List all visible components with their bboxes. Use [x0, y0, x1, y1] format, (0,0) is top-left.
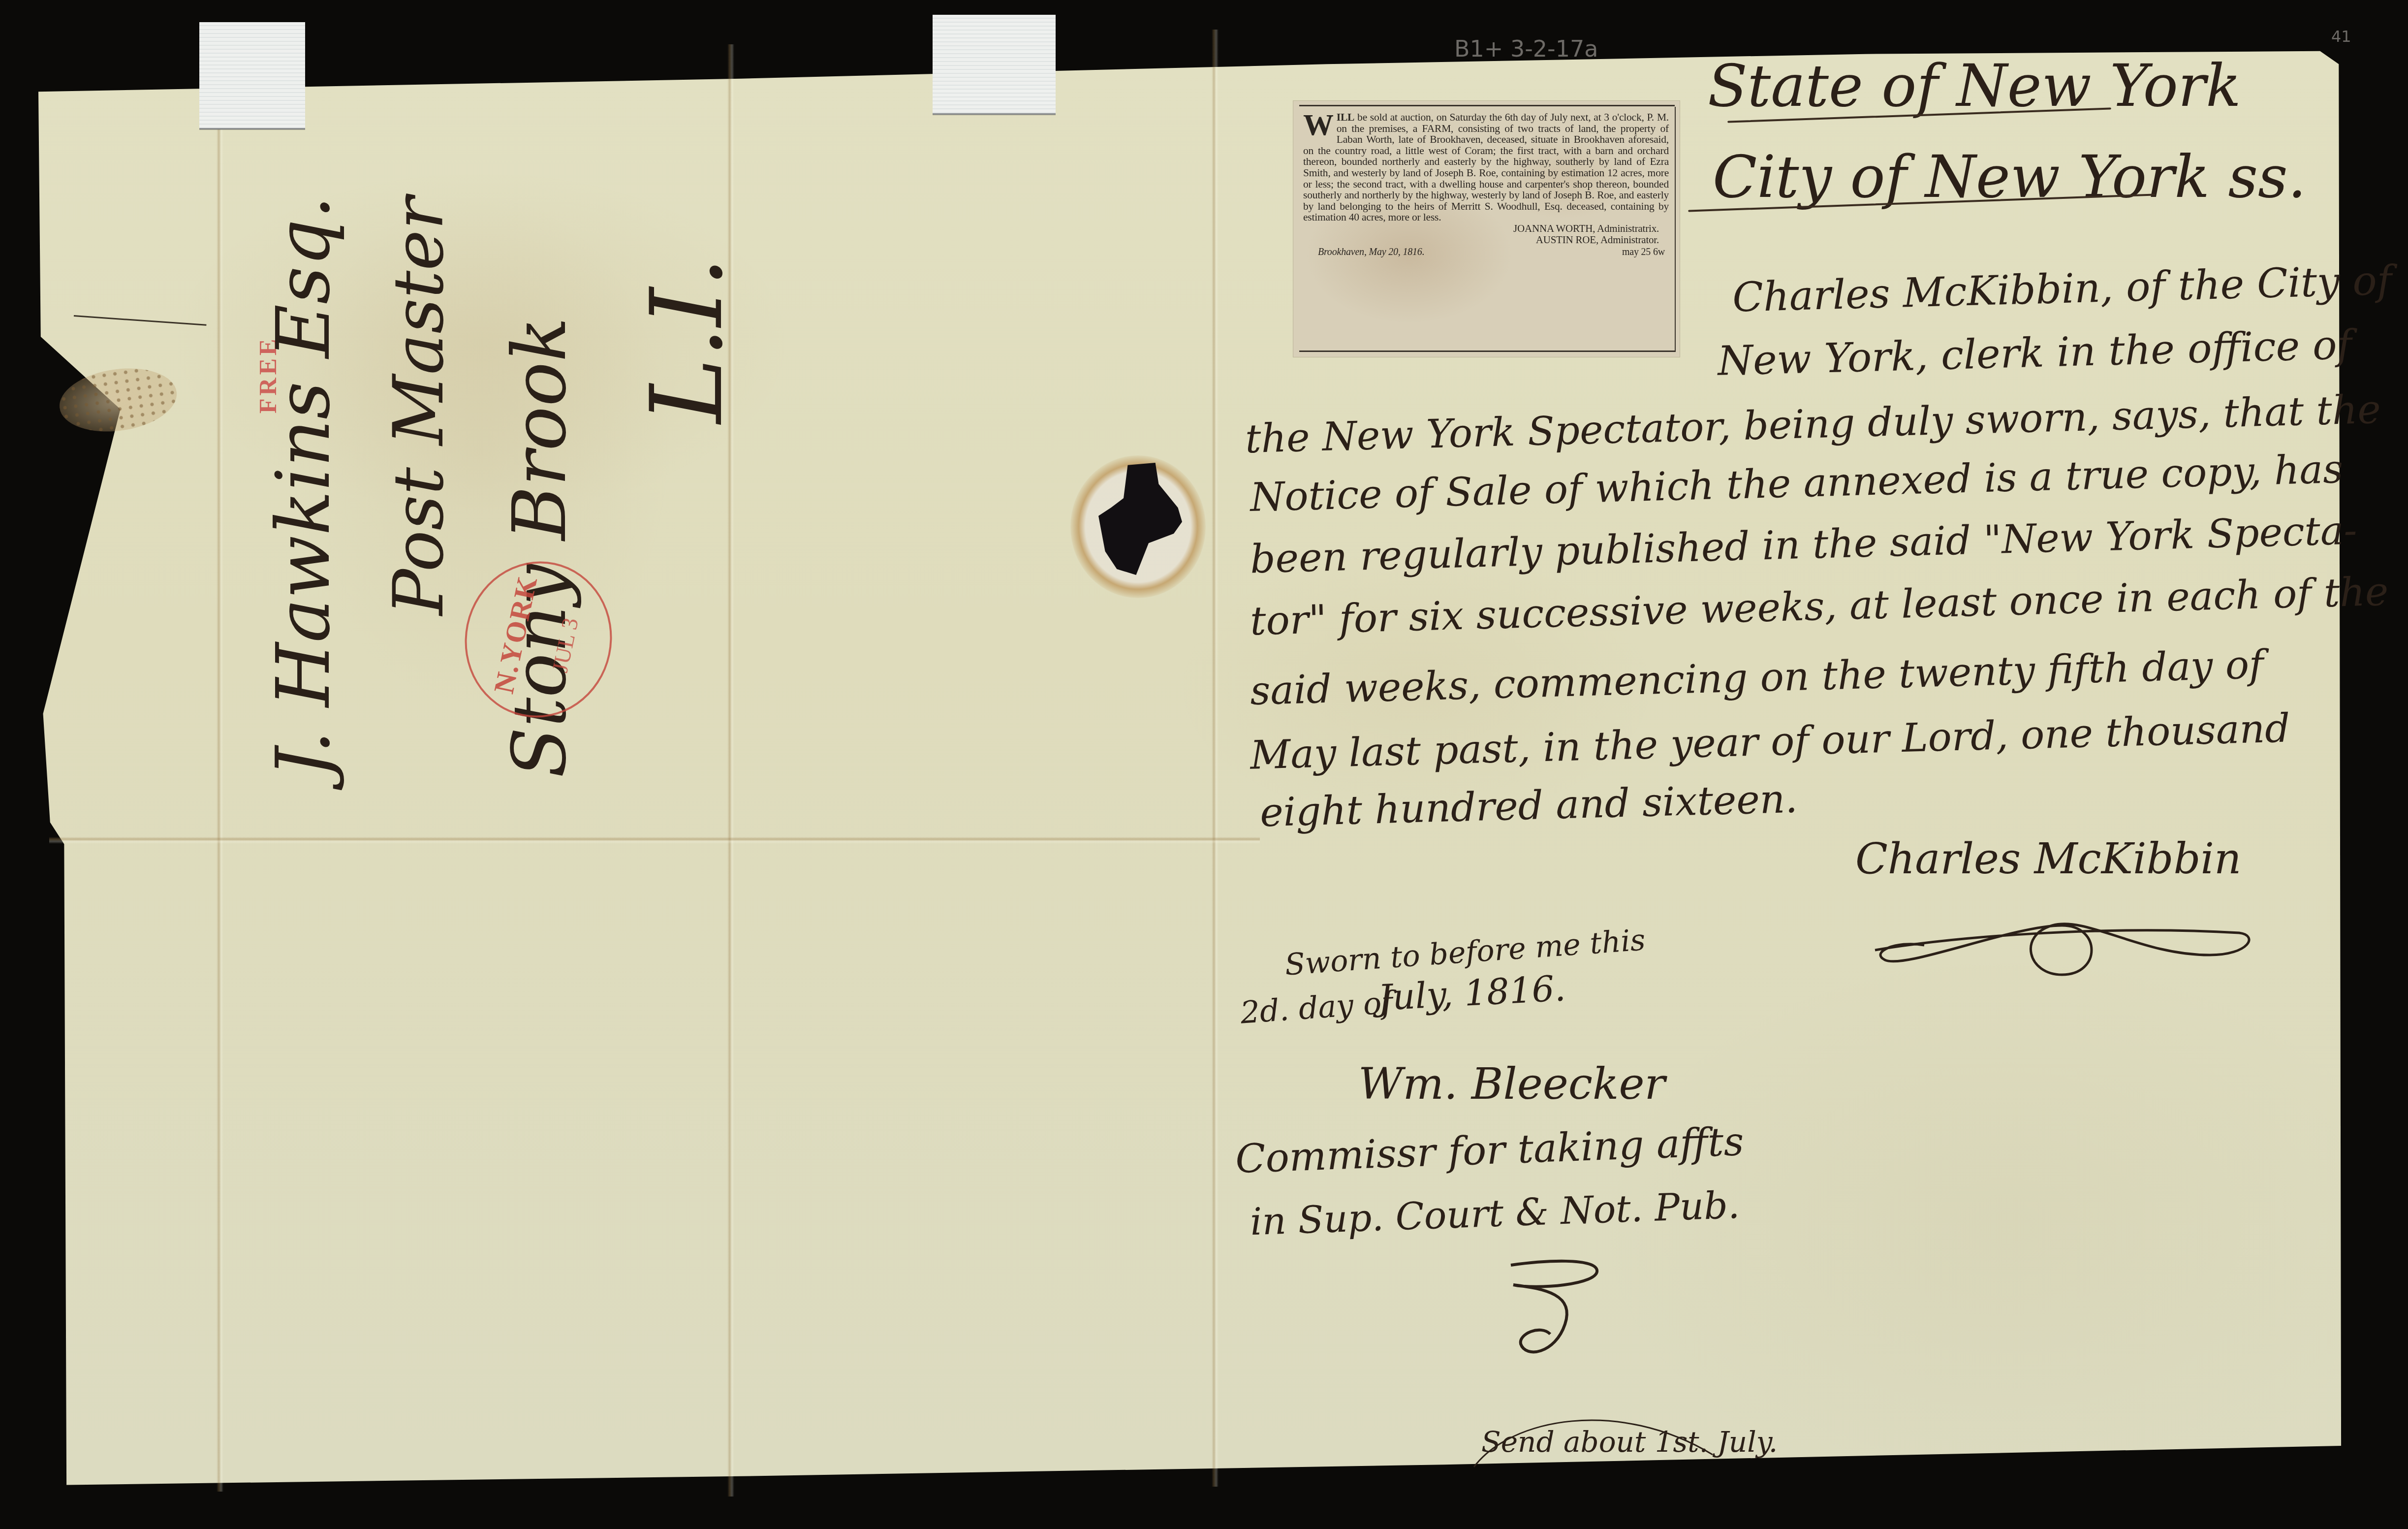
clipping-right-rule — [1675, 107, 1676, 352]
clipping-signatory-1: JOANNA WORTH, Administratrix. — [1303, 223, 1669, 234]
affiant-signature: Charles McKibbin — [1855, 834, 2241, 884]
mounting-tape-right — [933, 15, 1056, 115]
clipping-bottom-rule — [1299, 350, 1675, 352]
mounting-tape-left — [199, 22, 305, 129]
commissioner-signature: Wm. Bleecker — [1358, 1058, 1665, 1109]
fold-line-vertical-3 — [1212, 30, 1219, 1487]
clipping-insertion-code: may 25 6w — [1622, 247, 1665, 258]
fold-line-horizontal — [49, 837, 1260, 844]
postmark-date: JUL 3 — [547, 615, 584, 675]
clipping-dropcap: W — [1303, 113, 1334, 137]
archive-reference: B1+ 3-2-17a — [1454, 35, 1598, 62]
clipping-lead: ILL — [1337, 111, 1354, 123]
signature-flourish — [1865, 906, 2259, 985]
commissioner-flourish — [1506, 1250, 1604, 1373]
address-line-region: L.I. — [630, 256, 745, 423]
heading-state: State of New York — [1708, 52, 2241, 120]
postmark-city: N.YORK — [487, 573, 544, 697]
clipping-footer: Brookhaven, May 20, 1816. may 25 6w — [1303, 247, 1669, 258]
address-line-title: Post Master — [379, 197, 459, 615]
clipping-body: WILL be sold at auction, on Saturday the… — [1303, 112, 1669, 258]
clipping-signatory-2: AUSTIN ROE, Administrator. — [1303, 234, 1669, 246]
address-line-name: J. Hawkins Esq. — [261, 195, 346, 778]
clipping-text: be sold at auction, on Saturday the 6th … — [1303, 111, 1669, 223]
footnote-send-about: Send about 1st. July. — [1481, 1425, 1778, 1459]
clipping-top-rule — [1299, 105, 1675, 106]
clipping-place-date: Brookhaven, May 20, 1816. — [1318, 247, 1424, 258]
page-number: 41 — [2331, 27, 2351, 46]
newspaper-clipping: WILL be sold at auction, on Saturday the… — [1293, 101, 1680, 357]
